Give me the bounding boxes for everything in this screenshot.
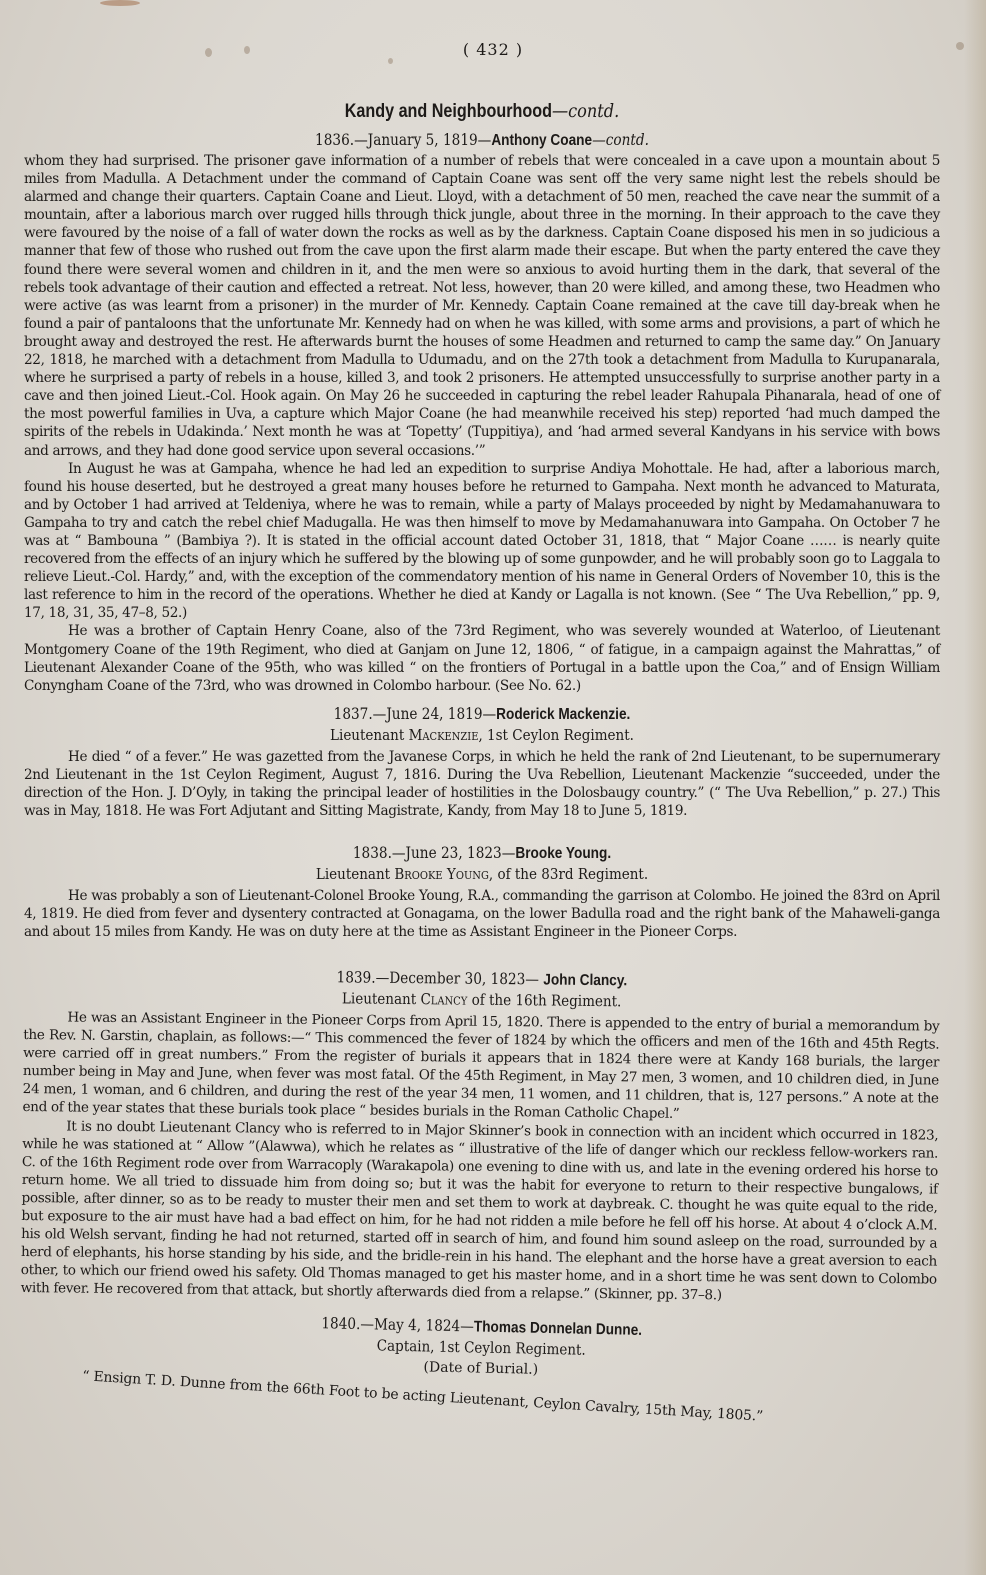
entry-paragraph: In August he was at Gampaha, whence he h… xyxy=(24,460,940,623)
entry-1839: 1839.—December 30, 1823— John Clancy. Li… xyxy=(21,965,940,1307)
section-title-suffix: —contd. xyxy=(552,100,619,122)
section-title: Kandy and Neighbourhood—contd. xyxy=(93,100,872,123)
entry-paragraph: It is no doubt Lieutenant Clancy who is … xyxy=(21,1117,939,1308)
entry-paragraph: whom they had surprised. The prisoner ga… xyxy=(24,152,940,460)
entry-person-name: Roderick Mackenzie. xyxy=(496,706,630,723)
stain xyxy=(100,0,140,6)
entry-paragraph: He was probably a son of Lieutenant-Colo… xyxy=(24,887,940,941)
entry-person-name: Thomas Donnelan Dunne. xyxy=(474,1318,643,1339)
entry-number-date: 1838.—June 23, 1823— xyxy=(353,844,516,862)
rank: Lieutenant xyxy=(342,990,421,1009)
surname: Mackenzie xyxy=(409,726,479,744)
entry-paragraph: He was an Assistant Engineer in the Pion… xyxy=(22,1008,939,1126)
entry-1838: 1838.—June 23, 1823—Brooke Young. Lieute… xyxy=(24,844,940,941)
regiment: , of the 83rd Regiment. xyxy=(489,865,648,883)
surname: Brooke Young xyxy=(394,865,488,883)
entry-1837: 1837.—June 24, 1819—Roderick Mackenzie. … xyxy=(24,705,940,820)
entry-1840: 1840.—May 4, 1824—Thomas Donnelan Dunne.… xyxy=(22,1308,939,1402)
entry-number-date: 1839.—December 30, 1823— xyxy=(336,969,543,989)
page-number: ( 432 ) xyxy=(0,40,986,59)
rank: Lieutenant xyxy=(330,726,409,744)
rank: Lieutenant xyxy=(316,865,395,883)
regiment: , 1st Ceylon Regiment. xyxy=(478,726,634,744)
entry-person-name: Brooke Young. xyxy=(515,845,611,862)
page-edge-shadow xyxy=(964,0,986,1575)
entry-number-date: 1840.—May 4, 1824— xyxy=(321,1314,474,1335)
entry-heading: 1838.—June 23, 1823—Brooke Young. xyxy=(79,844,885,863)
entry-heading: 1837.—June 24, 1819—Roderick Mackenzie. xyxy=(79,705,885,724)
entry-rank-line: Lieutenant Mackenzie, 1st Ceylon Regimen… xyxy=(70,726,894,744)
section-title-main: Kandy and Neighbourhood xyxy=(345,101,552,122)
entry-1836: 1836.—January 5, 1819—Anthony Coane—cont… xyxy=(24,131,940,695)
surname: Clancy xyxy=(420,991,467,1009)
regiment: of the 16th Regiment. xyxy=(467,991,621,1011)
page-content: Kandy and Neighbourhood—contd. 1836.—Jan… xyxy=(24,100,940,1383)
entry-paragraph: He died “ of a fever.” He was gazetted f… xyxy=(24,748,940,820)
scanned-page: ( 432 ) Kandy and Neighbourhood—contd. 1… xyxy=(0,0,986,1575)
entry-person-name: John Clancy. xyxy=(543,972,627,990)
entry-paragraph: He was a brother of Captain Henry Coane,… xyxy=(24,622,940,694)
entry-number-date: 1837.—June 24, 1819— xyxy=(334,705,497,723)
entry-number-date: 1836.—January 5, 1819— xyxy=(315,131,491,149)
entry-person-name: Anthony Coane xyxy=(491,132,592,149)
entry-contd: —contd. xyxy=(592,131,649,149)
entry-rank-line: Lieutenant Brooke Young, of the 83rd Reg… xyxy=(70,865,894,883)
entry-heading: 1836.—January 5, 1819—Anthony Coane—cont… xyxy=(79,131,885,150)
